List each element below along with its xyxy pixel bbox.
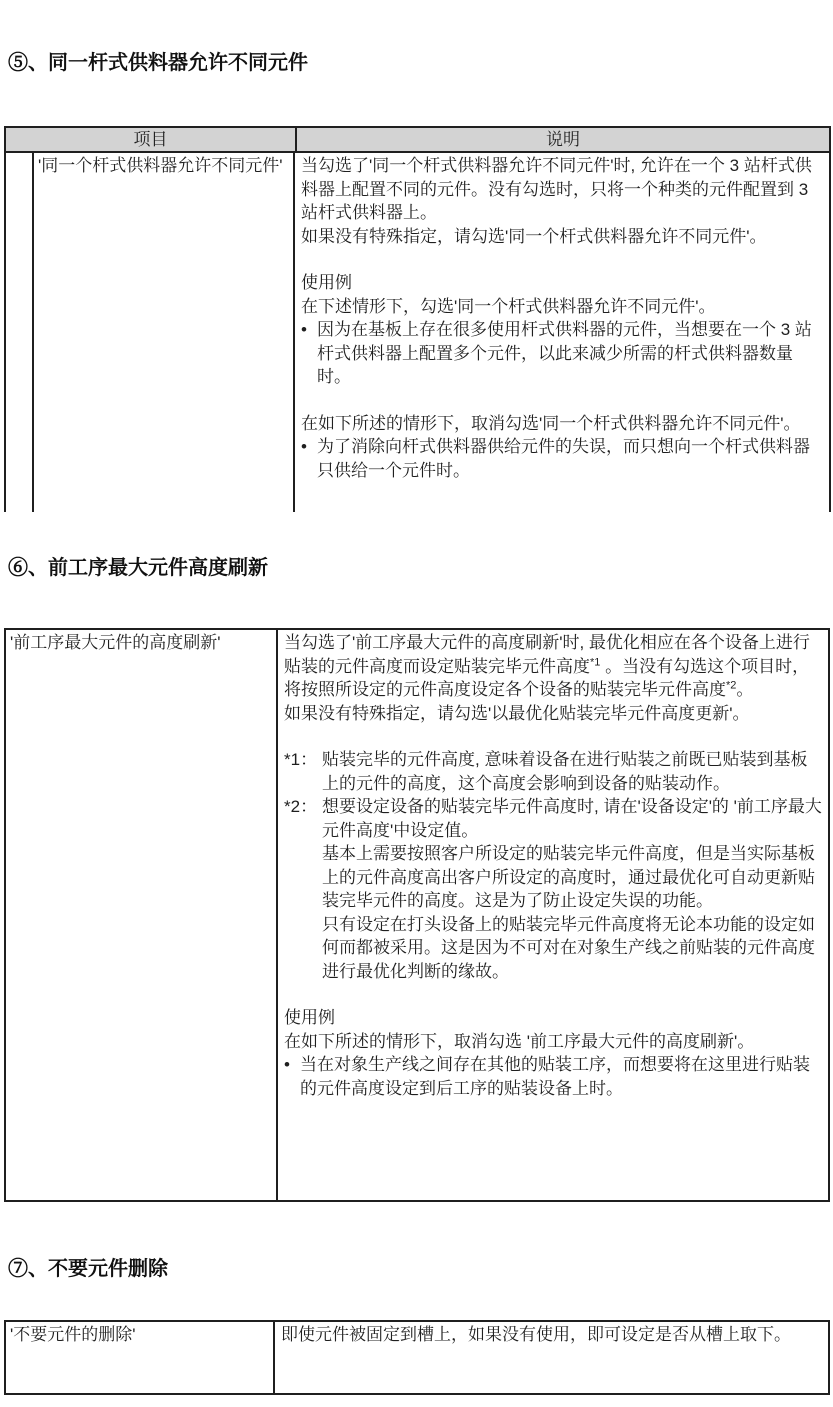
- bullet-text: 因为在基板上存在很多使用杆式供料器的元件，当想要在一个 3 站杆式供料器上配置多…: [317, 318, 823, 389]
- description-cell: 当勾选了'前工序最大元件的高度刷新'时, 最优化相应在各个设备上进行贴装的元件高…: [278, 630, 828, 1200]
- footnote-paragraph: 基本上需要按照客户所设定的贴装完毕元件高度，但是当实际基板上的元件高度高出客户所…: [322, 842, 822, 913]
- footnote-ref-2: *2: [726, 679, 736, 691]
- usage-example-label: 使用例: [284, 1006, 822, 1030]
- bullet-text: 为了消除向杆式供料器供给元件的失误，而只想向一个杆式供料器只供给一个元件时。: [317, 435, 823, 482]
- usage-intro: 在下述情形下，勾选'同一个杆式供料器允许不同元件'。: [301, 295, 823, 319]
- table-row: '同一个杆式供料器允许不同元件' 当勾选了'同一个杆式供料器允许不同元件'时, …: [6, 153, 829, 512]
- item-cell: '不要元件的删除': [6, 1322, 275, 1393]
- footnote-paragraph: 只有设定在打头设备上的贴装完毕元件高度将无论本功能的设定如何而都被采用。这是因为…: [322, 913, 822, 984]
- description-cell: 当勾选了'同一个杆式供料器允许不同元件'时, 允许在一个 3 站杆式供料器上配置…: [295, 153, 829, 512]
- uncheck-intro: 在如下所述的情形下，取消勾选'同一个杆式供料器允许不同元件'。: [301, 412, 823, 436]
- section-heading-5: ⑤、同一杆式供料器允许不同元件: [8, 46, 308, 75]
- item-cell: '前工序最大元件的高度刷新': [6, 630, 278, 1200]
- footnote-2: *2： 想要设定设备的贴装完毕元件高度时, 请在'设备设定'的 '前工序最大元件…: [284, 795, 822, 983]
- bullet-icon: •: [284, 1053, 300, 1100]
- footnote-1: *1： 贴装完毕的元件高度, 意味着设备在进行贴装之前既已贴装到基板上的元件的高…: [284, 748, 822, 795]
- paragraph-text: 。: [736, 680, 753, 699]
- bullet-text: 当在对象生产线之间存在其他的贴装工序，而想要将在这里进行贴装的元件高度设定到后工…: [300, 1053, 822, 1100]
- table-same-stick-feeder: 项目 说明 '同一个杆式供料器允许不同元件' 当勾选了'同一个杆式供料器允许不同…: [4, 126, 831, 512]
- bullet-item: • 当在对象生产线之间存在其他的贴装工序，而想要将在这里进行贴装的元件高度设定到…: [284, 1053, 822, 1100]
- paragraph: 当勾选了'同一个杆式供料器允许不同元件'时, 允许在一个 3 站杆式供料器上配置…: [301, 154, 823, 225]
- empty-gutter-cell: [6, 153, 34, 512]
- footnote-text: 贴装完毕的元件高度, 意味着设备在进行贴装之前既已贴装到基板上的元件的高度，这个…: [322, 748, 822, 795]
- bullet-icon: •: [301, 318, 317, 389]
- paragraph: 即使元件被固定到槽上，如果没有使用，即可设定是否从槽上取下。: [281, 1323, 822, 1347]
- column-header-description: 说明: [297, 128, 829, 151]
- footnote-marker: *1：: [284, 748, 322, 795]
- footnote-paragraph: 想要设定设备的贴装完毕元件高度时, 请在'设备设定'的 '前工序最大元件高度'中…: [322, 795, 822, 842]
- description-cell: 即使元件被固定到槽上，如果没有使用，即可设定是否从槽上取下。: [275, 1322, 828, 1393]
- usage-intro: 在如下所述的情形下，取消勾选 '前工序最大元件的高度刷新'。: [284, 1030, 822, 1054]
- footnote-text: 想要设定设备的贴装完毕元件高度时, 请在'设备设定'的 '前工序最大元件高度'中…: [322, 795, 822, 983]
- bullet-icon: •: [301, 435, 317, 482]
- bullet-item: • 为了消除向杆式供料器供给元件的失误，而只想向一个杆式供料器只供给一个元件时。: [301, 435, 823, 482]
- paragraph: 如果没有特殊指定，请勾选'以最优化贴装完毕元件高度更新'。: [284, 702, 822, 726]
- usage-example-label: 使用例: [301, 271, 823, 295]
- table-max-component-height-refresh: '前工序最大元件的高度刷新' 当勾选了'前工序最大元件的高度刷新'时, 最优化相…: [4, 628, 830, 1202]
- paragraph: 如果没有特殊指定，请勾选'同一个杆式供料器允许不同元件'。: [301, 225, 823, 249]
- bullet-item: • 因为在基板上存在很多使用杆式供料器的元件，当想要在一个 3 站杆式供料器上配…: [301, 318, 823, 389]
- table-unneeded-component-removal: '不要元件的删除' 即使元件被固定到槽上，如果没有使用，即可设定是否从槽上取下。: [4, 1320, 830, 1395]
- column-header-item: 项目: [6, 128, 297, 151]
- document-page: ⑤、同一杆式供料器允许不同元件 项目 说明 '同一个杆式供料器允许不同元件' 当…: [0, 0, 833, 1407]
- paragraph: 当勾选了'前工序最大元件的高度刷新'时, 最优化相应在各个设备上进行贴装的元件高…: [284, 631, 822, 702]
- item-cell: '同一个杆式供料器允许不同元件': [34, 153, 295, 512]
- section-heading-6: ⑥、前工序最大元件高度刷新: [8, 551, 268, 580]
- footnote-marker: *2：: [284, 795, 322, 983]
- table-header-row: 项目 说明: [6, 128, 829, 153]
- footnote-ref-1: *1: [590, 656, 600, 668]
- section-heading-7: ⑦、不要元件删除: [8, 1252, 168, 1281]
